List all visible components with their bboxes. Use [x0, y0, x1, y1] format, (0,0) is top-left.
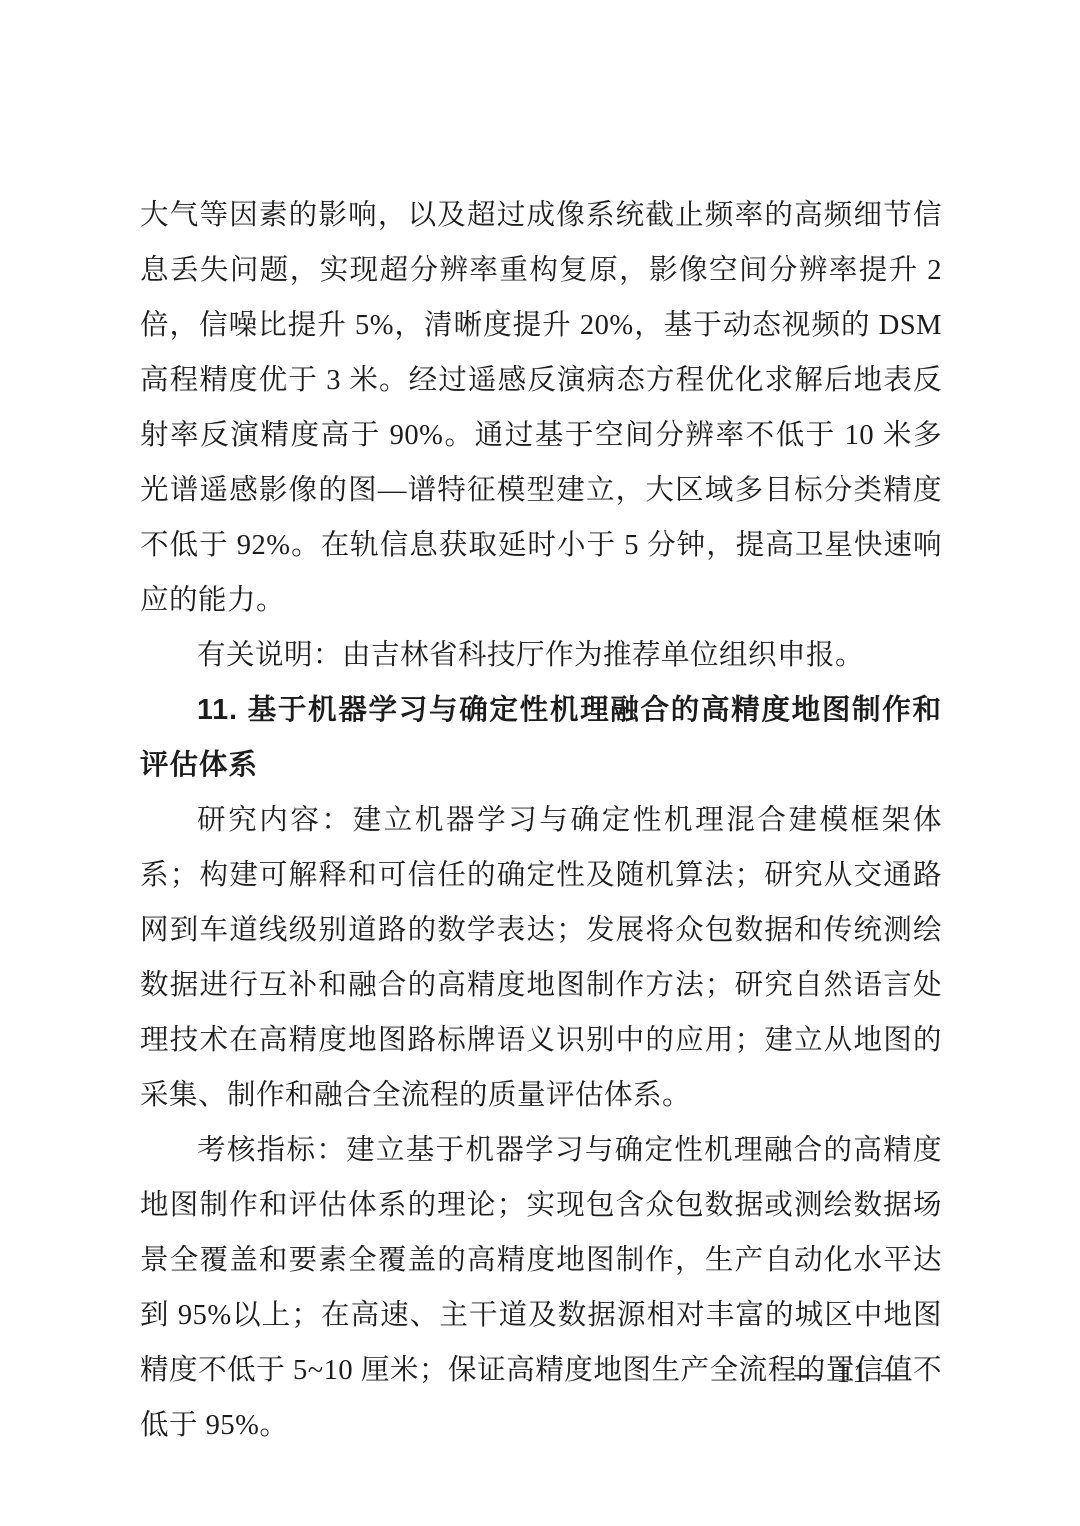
- paragraph-related-note: 有关说明：由吉林省科技厅作为推荐单位组织申报。: [140, 628, 942, 683]
- paragraph-research-content: 研究内容：建立机器学习与确定性机理混合建模框架体系；构建可解释和可信任的确定性及…: [140, 793, 942, 1123]
- paragraph-body-continued: 大气等因素的影响，以及超过成像系统截止频率的高频细节信息丢失问题，实现超分辨率重…: [140, 188, 942, 628]
- section-heading-11: 11. 基于机器学习与确定性机理融合的高精度地图制作和评估体系: [140, 683, 942, 793]
- text-block: 大气等因素的影响，以及超过成像系统截止频率的高频细节信息丢失问题，实现超分辨率重…: [140, 188, 942, 1453]
- paragraph-assessment-indicators: 考核指标：建立基于机器学习与确定性机理融合的高精度地图制作和评估体系的理论；实现…: [140, 1123, 942, 1453]
- document-page: 大气等因素的影响，以及超过成像系统截止频率的高频细节信息丢失问题，实现超分辨率重…: [0, 0, 1080, 1526]
- page-number: — 11 —: [795, 1358, 913, 1389]
